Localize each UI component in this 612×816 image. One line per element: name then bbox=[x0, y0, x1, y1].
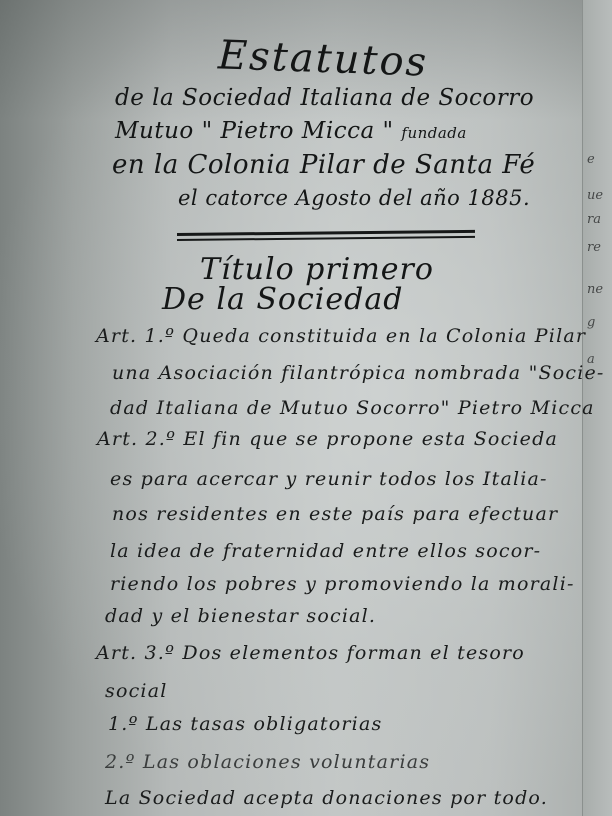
heading-line-3: en la Colonia Pilar de Santa Fé bbox=[112, 150, 535, 180]
article-2-line: es para acercar y reunir todos los Itali… bbox=[110, 468, 548, 490]
adjacent-page-fragment: g bbox=[587, 315, 595, 330]
article-1-line: Art. 1.º Queda constituida en la Colonia… bbox=[96, 325, 586, 347]
founding-date-line: el catorce Agosto del año 1885. bbox=[178, 186, 530, 210]
article-1-line: dad Italiana de Mutuo Socorro" Pietro Mi… bbox=[110, 397, 595, 419]
article-2-line: riendo los pobres y promoviendo la moral… bbox=[110, 573, 575, 595]
heading-line-2: Mutuo " Pietro Micca " fundada bbox=[115, 118, 467, 144]
list-item: 1.º Las tasas obligatorias bbox=[108, 713, 382, 735]
article-3-line: social bbox=[105, 680, 168, 702]
adjacent-page-fragment: ra bbox=[587, 212, 601, 227]
article-3-line: La Sociedad acepta donaciones por todo. bbox=[105, 787, 548, 809]
heading-line-1: de la Sociedad Italiana de Socorro bbox=[115, 85, 534, 111]
article-2-line: nos residentes en este país para efectua… bbox=[112, 503, 558, 525]
section-subtitle: De la Sociedad bbox=[162, 282, 403, 317]
founded-label: fundada bbox=[401, 124, 466, 142]
adjacent-page-fragment: ne bbox=[587, 282, 603, 297]
adjacent-page-fragment: re bbox=[587, 240, 601, 255]
article-3-line: Art. 3.º Dos elementos forman el tesoro bbox=[96, 642, 525, 664]
article-2-line: la idea de fraternidad entre ellos socor… bbox=[110, 540, 541, 562]
article-2-line: dad y el bienestar social. bbox=[105, 605, 376, 627]
document-title: Estatutos bbox=[217, 32, 429, 85]
society-name: Mutuo " Pietro Micca " bbox=[115, 118, 394, 144]
article-1-line: una Asociación filantrópica nombrada "So… bbox=[112, 362, 605, 384]
adjacent-page-fragment: ue bbox=[587, 188, 603, 203]
adjacent-page-fragment: e bbox=[587, 152, 595, 167]
list-item: 2.º Las oblaciones voluntarias bbox=[105, 751, 430, 773]
article-2-line: Art. 2.º El fin que se propone esta Soci… bbox=[97, 428, 558, 450]
